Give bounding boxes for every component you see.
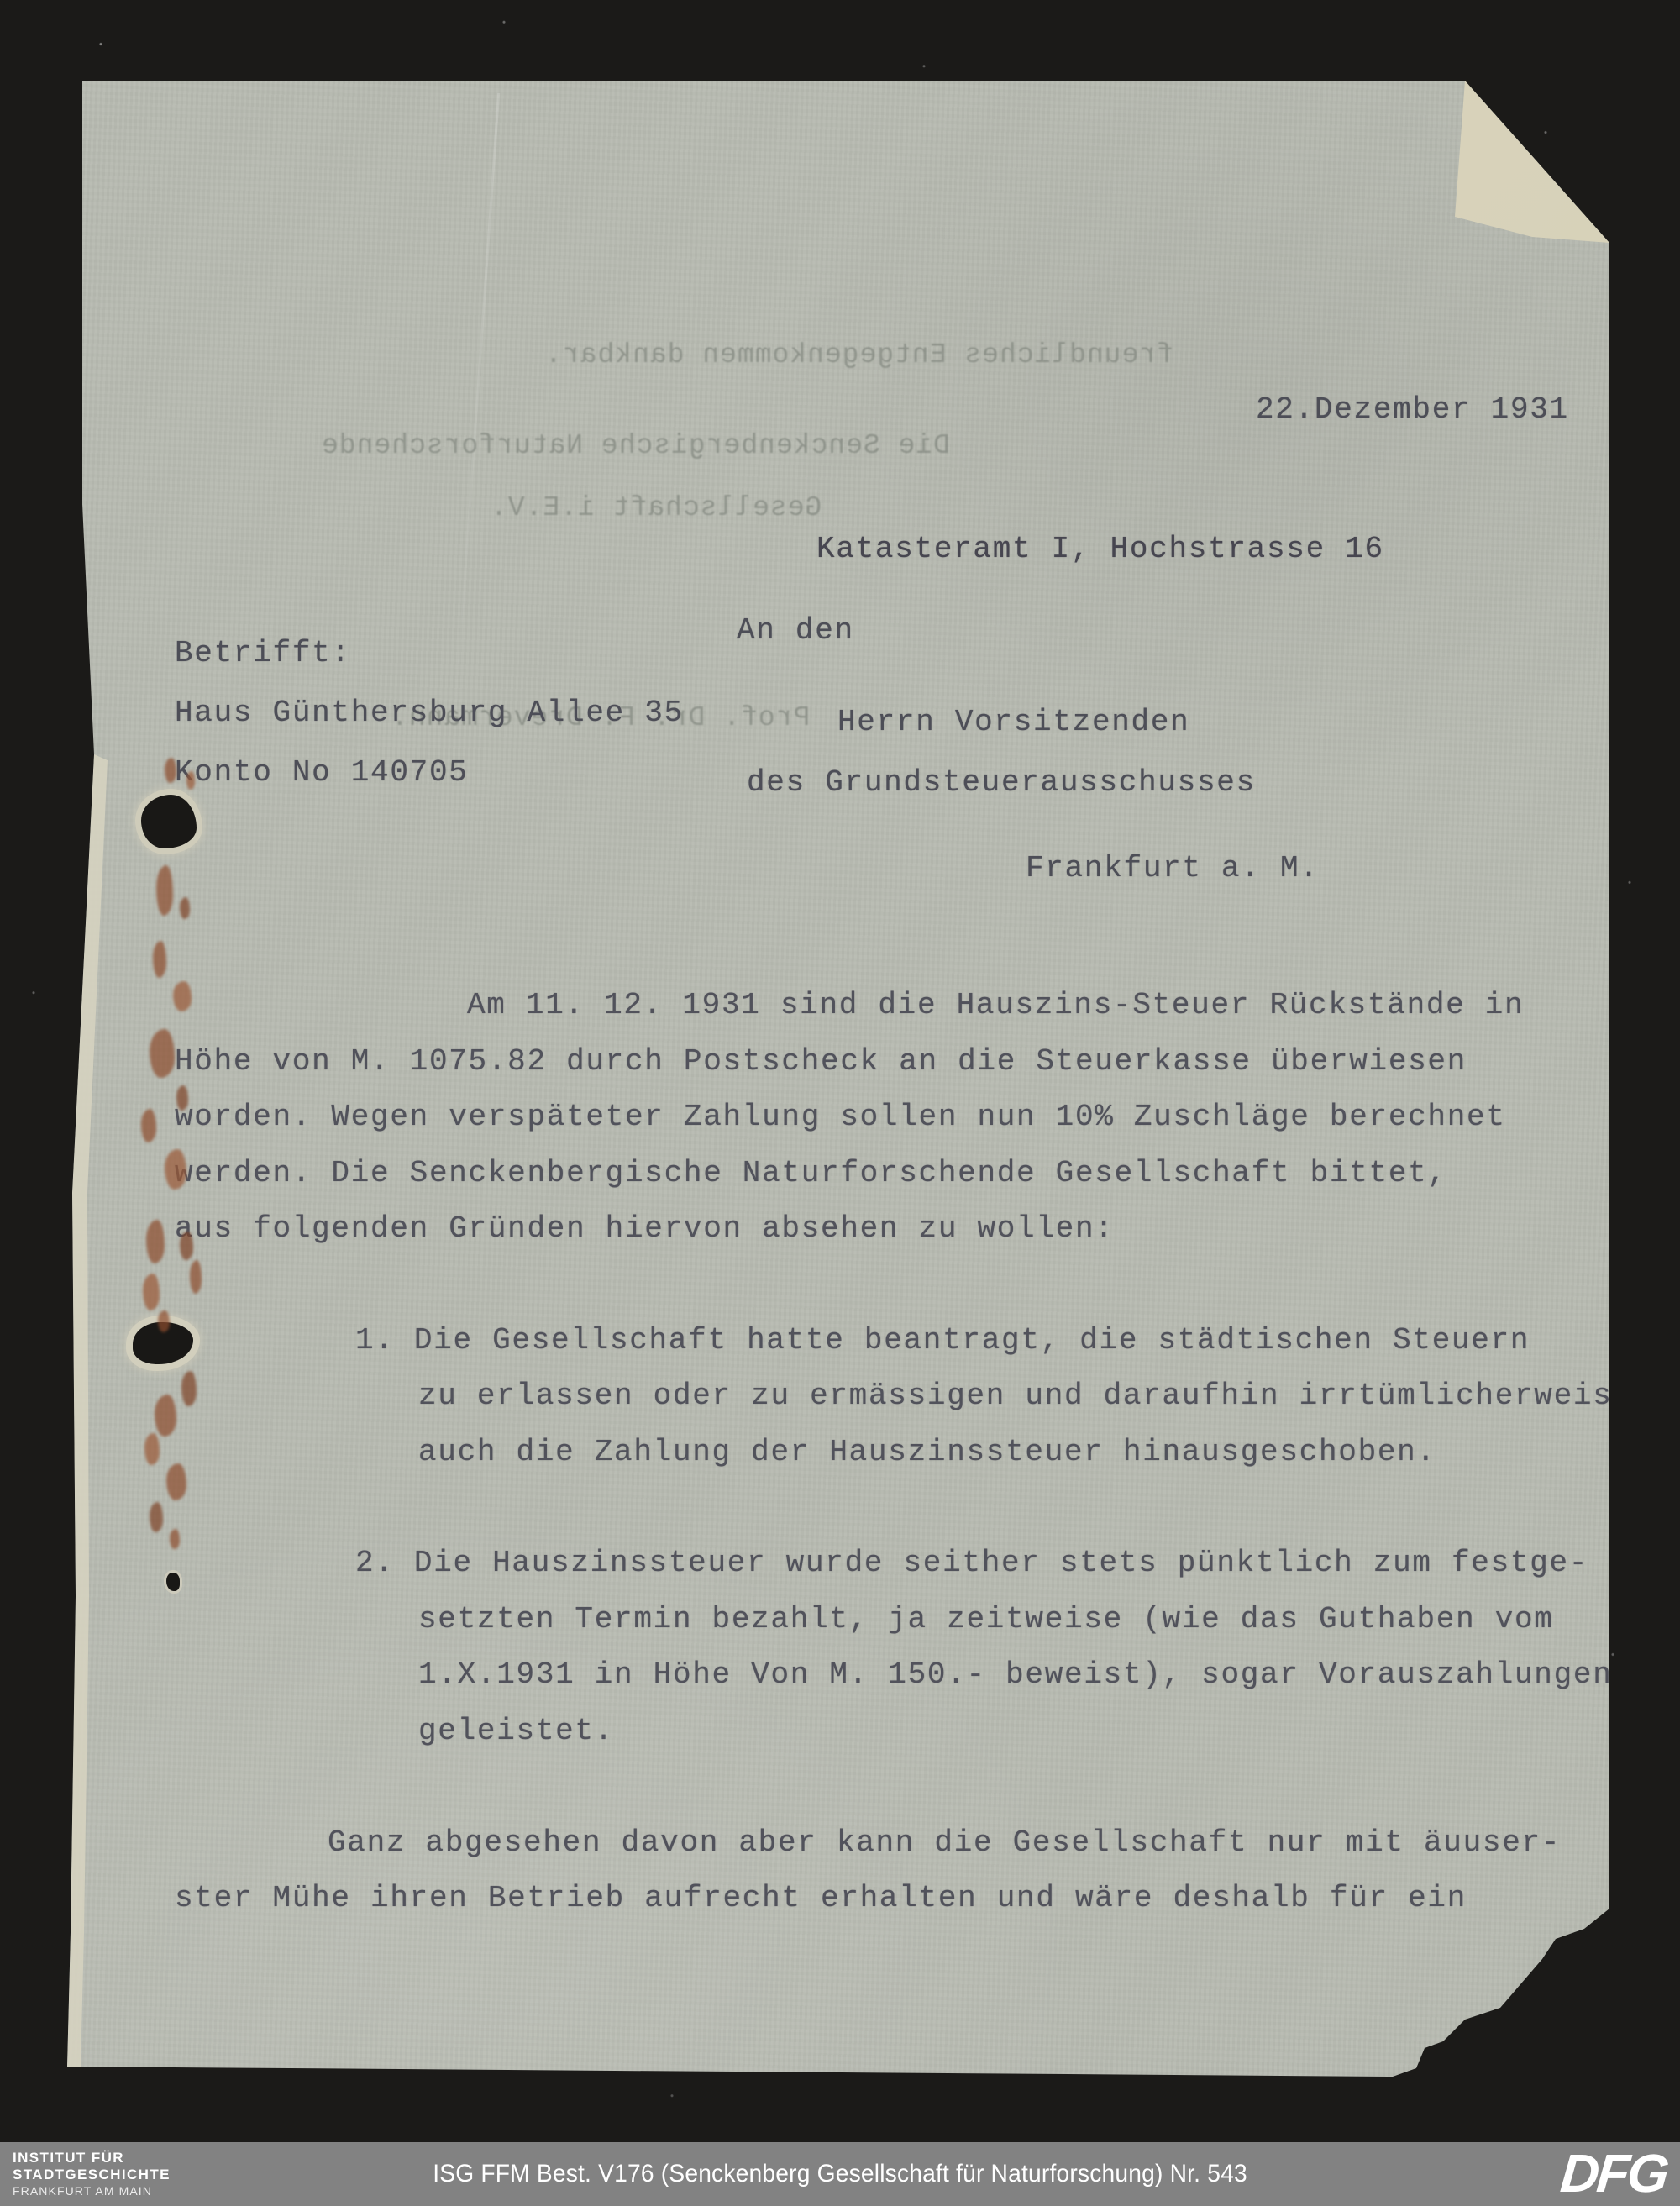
subject-block: Betrifft: Haus Günthersburg Allee 35 Kon…	[175, 608, 684, 817]
body-closing-paragraph: Ganz abgesehen davon aber kann die Gesel…	[175, 1815, 1670, 1927]
ghost-line: Die Senckenbergische Naturforschende	[321, 430, 950, 461]
ghost-line: freundliches Entgegenkommen dankbar.	[544, 339, 1173, 370]
isg-logo: INSTITUT FÜR STADTGESCHICHTE FRANKFURT A…	[13, 2150, 171, 2198]
recipient-line-2: des Grundsteuerausschusses	[747, 768, 1256, 798]
recipient-city: Frankfurt a. M.	[1026, 854, 1320, 884]
ghost-line: Gesellschaft i.E.V.	[490, 492, 822, 523]
body-paragraph-1: Am 11. 12. 1931 sind die Hauszins-Steuer…	[175, 978, 1670, 1257]
letter-body: Am 11. 12. 1931 sind die Hauszins-Steuer…	[175, 922, 1670, 1983]
archive-reference: ISG FFM Best. V176 (Senckenberg Gesellsc…	[433, 2160, 1247, 2188]
punch-hole-top	[141, 795, 197, 848]
body-list-item-2: 2. Die Hauszinssteuer wurde seither stet…	[175, 1536, 1670, 1759]
subject-label: Betrifft:	[175, 638, 684, 668]
body-list-item-1: 1. Die Gesellschaft hatte beantragt, die…	[175, 1313, 1670, 1480]
letter-date: 22.Dezember 1931	[1256, 395, 1569, 425]
isg-logo-line: INSTITUT FÜR	[13, 2150, 171, 2167]
sender-office-line: Katasteramt I, Hochstrasse 16	[816, 534, 1384, 565]
recipient-line-1: Herrn Vorsitzenden	[837, 707, 1189, 738]
paper-sheet: freundliches Entgegenkommen dankbar. Die…	[0, 0, 1680, 2206]
isg-logo-line: FRANKFURT AM MAIN	[13, 2183, 171, 2198]
dfg-logo: DFG	[1558, 2142, 1670, 2204]
subject-account: Konto No 140705	[175, 758, 684, 787]
small-hole	[166, 1573, 180, 1591]
subject-property: Haus Günthersburg Allee 35	[175, 698, 684, 727]
scanned-letter-view: freundliches Entgegenkommen dankbar. Die…	[0, 0, 1680, 2206]
isg-logo-line: STADTGESCHICHTE	[13, 2167, 171, 2183]
recipient-salutation: An den	[737, 616, 854, 646]
footer-bar: INSTITUT FÜR STADTGESCHICHTE FRANKFURT A…	[0, 2142, 1680, 2206]
